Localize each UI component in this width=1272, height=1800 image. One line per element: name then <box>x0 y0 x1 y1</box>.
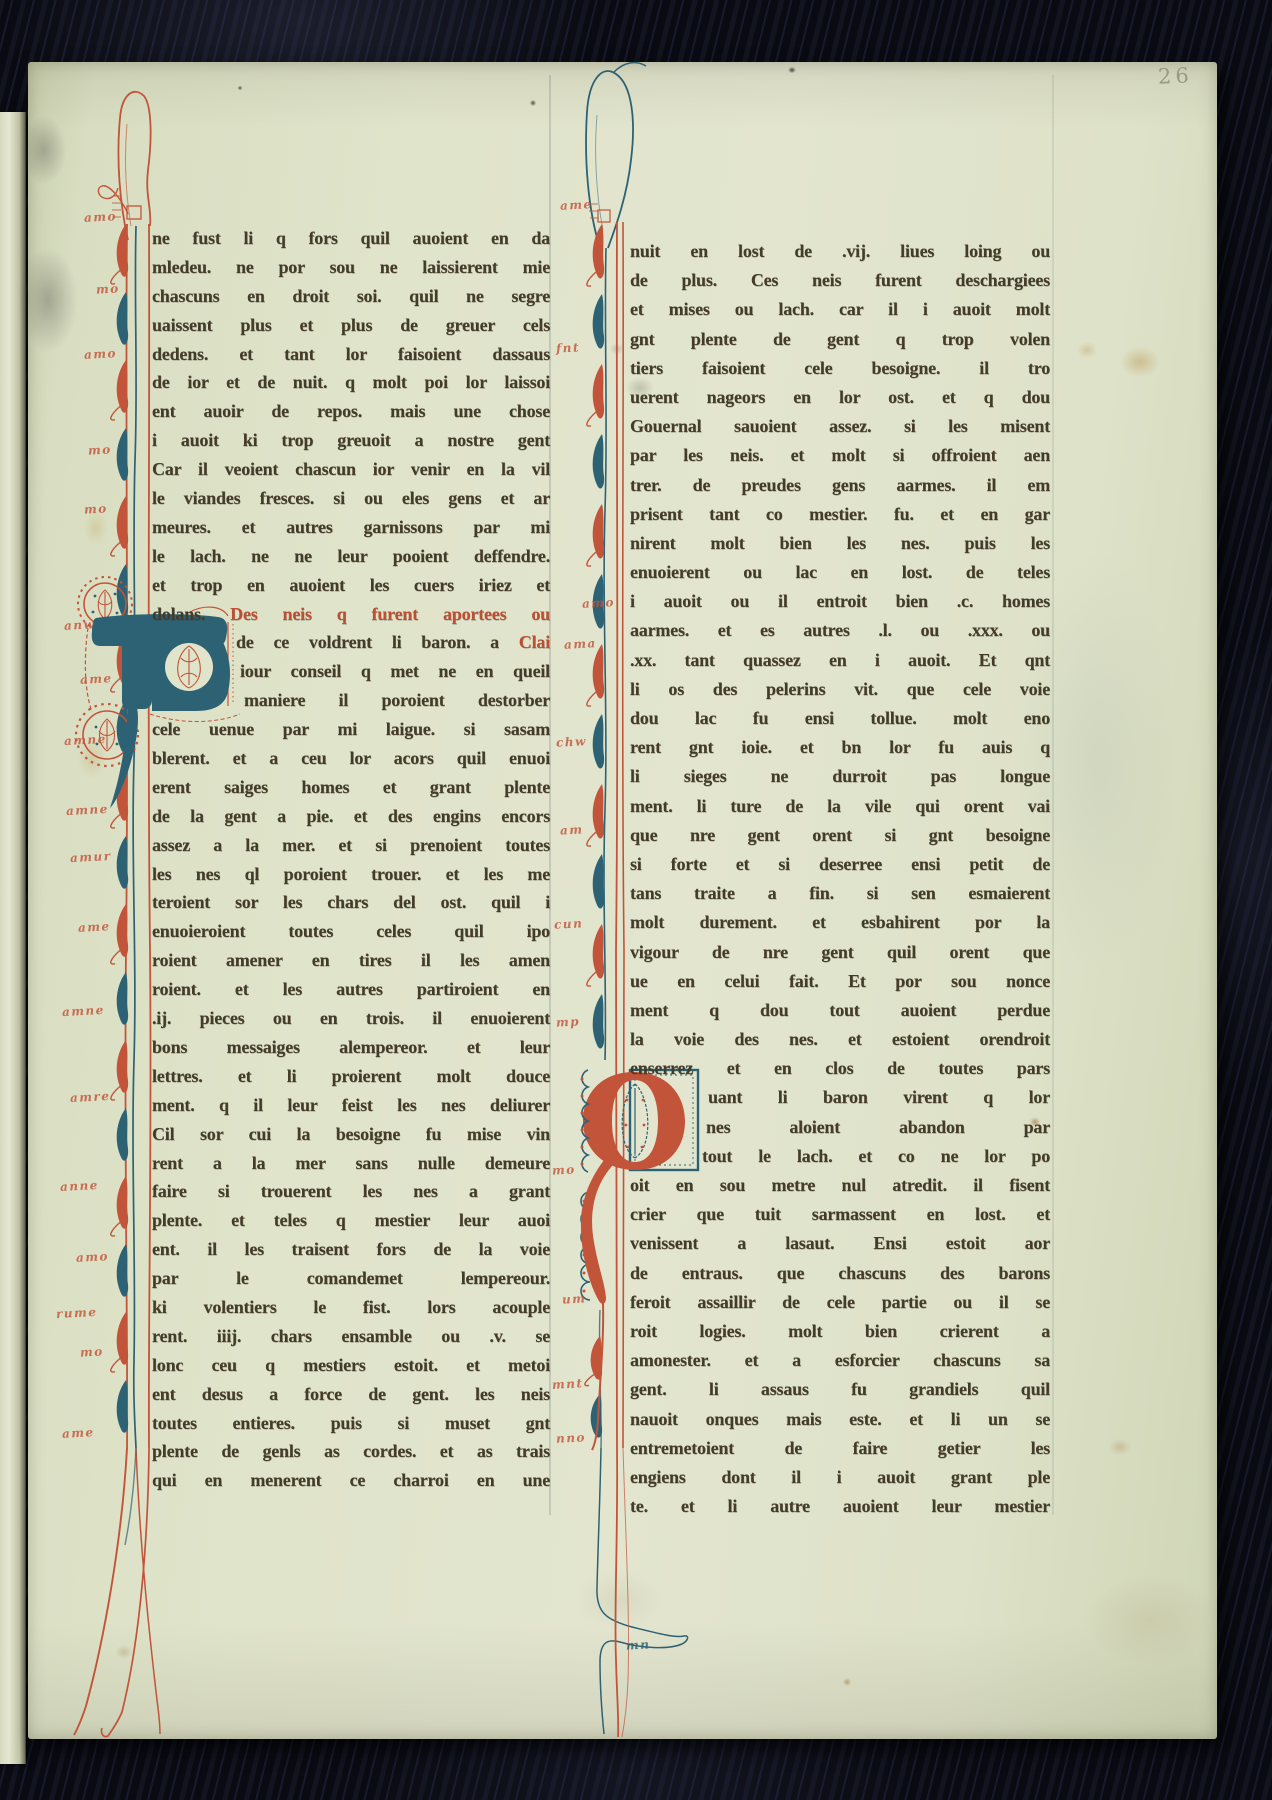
ruling-flame <box>593 784 604 839</box>
body-text: ment q dou tout auoient perdue <box>630 1000 1050 1020</box>
body-text: dou lac fu ensi tollue. molt eno <box>630 708 1050 728</box>
text-line: de entraus. que chascuns des barons <box>630 1259 1050 1288</box>
text-line: nes aloient abandon par <box>630 1113 1050 1142</box>
body-text: iour conseil q met ne en queil <box>240 661 550 681</box>
ruling-flame <box>117 1176 128 1229</box>
body-text: li sieges ne durroit pas longue <box>630 766 1050 786</box>
body-text: lonc ceu q mestiers estoit. et metoi <box>152 1355 550 1375</box>
marginal-scribble: mo <box>80 1344 104 1359</box>
flame-hook <box>587 412 596 426</box>
text-line: rent. iiij. chars ensamble ou .v. se <box>152 1322 550 1351</box>
text-line: .xx. tant quassez en i auoit. Et qnt <box>630 646 1050 675</box>
marginal-scribble: fnt <box>556 340 581 355</box>
body-text: vigour de nre gent quil orent que <box>630 942 1050 962</box>
text-line: prisent tant co mestier. fu. et en gar <box>630 500 1050 529</box>
text-line: ent. il les traisent fors de la voie <box>152 1235 550 1264</box>
text-line: bons messaiges alempereor. et leur <box>152 1033 550 1062</box>
marginal-scribble: ame <box>62 1425 95 1441</box>
body-text: ent desus a force de gent. les neis <box>152 1384 550 1404</box>
column-boundary-rule-right <box>1052 75 1054 1515</box>
body-text: ment. li ture de la vile qui orent vai <box>630 796 1050 816</box>
flame-hook <box>111 1086 120 1100</box>
marginal-scribble: amne <box>62 1003 106 1019</box>
ruling-flame <box>117 292 128 345</box>
text-line: enuoieroient toutes celes quil ipo <box>152 917 550 946</box>
ruling-flame <box>593 854 604 909</box>
text-line: engiens dont il i auoit grant ple <box>630 1463 1050 1492</box>
text-line: enuoierent ou lac en lost. de teles <box>630 558 1050 587</box>
body-text: enuoierent ou lac en lost. de teles <box>630 562 1050 582</box>
text-line: rent gnt ioie. et bn lor fu auis q <box>630 733 1050 762</box>
body-text: qui en menerent ce charroi en une <box>152 1470 550 1490</box>
marginal-scribble: ame <box>80 671 113 687</box>
text-line: amonester. et a esforcier chascuns sa <box>630 1346 1050 1375</box>
text-line: gnt plente de gent q trop volen <box>630 325 1050 354</box>
ruling-flame <box>117 428 128 481</box>
text-line: ne fust li q fors quil auoient en da <box>152 224 550 253</box>
body-text: gnt plente de gent q trop volen <box>630 329 1050 349</box>
text-line: plente de genls as cordes. et as trais <box>152 1437 550 1466</box>
ruling-flame <box>117 972 128 1025</box>
body-text: molt durement. et esbahirent por la <box>630 912 1050 932</box>
body-text: enuoieroient toutes celes quil ipo <box>152 921 550 941</box>
text-line: blerent. et a ceu lor acors quil enuoi <box>152 744 550 773</box>
text-column-right: nuit en lost de .vij. liues loing ou de … <box>630 237 1050 1521</box>
body-text: trer. de preudes gens aarmes. il em <box>630 475 1050 495</box>
text-line: feroit assaillir de cele partie ou il se <box>630 1288 1050 1317</box>
text-line: maniere il poroient destorber <box>152 686 550 715</box>
marginal-scribble: amo <box>84 346 118 362</box>
text-line: nuit en lost de .vij. liues loing ou <box>630 237 1050 266</box>
body-text: par le comandemet lempereour. <box>152 1268 550 1288</box>
rubric-text: Clai <box>519 632 550 652</box>
text-line: ment q dou tout auoient perdue <box>630 996 1050 1025</box>
under-page-edge <box>0 112 26 1764</box>
text-line: faire si trouerent les nes a grant <box>152 1177 550 1206</box>
marginal-scribble: chw <box>556 734 588 750</box>
body-text: ment. q il leur feist les nes deliurer <box>152 1095 550 1115</box>
ruling-flame <box>593 434 604 489</box>
text-line: Cil sor cui la besoigne fu mise vin <box>152 1120 550 1149</box>
body-text: ue en celui fait. Et por sou nonce <box>630 971 1050 991</box>
text-line: dou lac fu ensi tollue. molt eno <box>630 704 1050 733</box>
body-text: te. et li autre auoient leur mestier <box>630 1496 1050 1516</box>
flame-hook <box>111 406 120 420</box>
body-text: rent a la mer sans nulle demeure <box>152 1153 550 1173</box>
body-text: roient. et les autres partiroient en <box>152 979 550 999</box>
ruling-flame <box>117 496 128 549</box>
body-text: nuit en lost de .vij. liues loing ou <box>630 241 1050 261</box>
ruling-flame <box>117 1244 128 1297</box>
body-text: enserrez et en clos de toutes pars <box>630 1058 1050 1078</box>
text-line: ment. li ture de la vile qui orent vai <box>630 792 1050 821</box>
marginal-scribble: mn <box>626 1637 651 1652</box>
marginal-scribble: mo <box>84 501 108 516</box>
ruling-flame <box>593 714 604 769</box>
text-line: et mises ou lach. car il i auoit molt <box>630 295 1050 324</box>
body-text: nes aloient abandon par <box>706 1117 1050 1137</box>
text-line: lettres. et li proierent molt douce <box>152 1062 550 1091</box>
text-line: uaissent plus et plus de greuer cels <box>152 311 550 340</box>
ruling-flame <box>593 364 604 419</box>
marginal-scribble: mp <box>556 1014 581 1029</box>
text-line: Car il veoient chascun ior venir en la v… <box>152 455 550 484</box>
text-line: venissent a lasaut. Ensi estoit aor <box>630 1229 1050 1258</box>
text-line: dedens. et tant lor faisoient dassaus <box>152 340 550 369</box>
body-text: par les neis. et molt si offroient aen <box>630 445 1050 465</box>
body-text: crier que tuit sarmassent en lost. et <box>630 1204 1050 1224</box>
text-line: enserrez et en clos de toutes pars <box>630 1054 1050 1083</box>
body-text: maniere il poroient destorber <box>244 690 550 710</box>
text-line: erent saiges homes et grant plente <box>152 773 550 802</box>
body-text: gent. li assaus fu grandiels quil <box>630 1379 1050 1399</box>
text-line: li sieges ne durroit pas longue <box>630 762 1050 791</box>
text-line: le viandes fresces. si ou eles gens et a… <box>152 484 550 513</box>
text-line: plente. et teles q mestier leur auoi <box>152 1206 550 1235</box>
text-line: nauoit onques mais este. et li un se <box>630 1405 1050 1434</box>
text-line: assez a la mer. et si prenoient toutes <box>152 831 550 860</box>
text-line: par les neis. et molt si offroient aen <box>630 441 1050 470</box>
ruling-flame <box>117 1108 128 1161</box>
text-line: la voie des nes. et estoient orendroit <box>630 1025 1050 1054</box>
text-line: lonc ceu q mestiers estoit. et metoi <box>152 1351 550 1380</box>
body-text: de ior et de nuit. q molt poi lor laisso… <box>152 372 550 392</box>
body-text: bons messaiges alempereor. et leur <box>152 1037 550 1057</box>
body-text: nauoit onques mais este. et li un se <box>630 1409 1050 1429</box>
body-text: blerent. et a ceu lor acors quil enuoi <box>152 748 550 768</box>
ruling-flame <box>117 360 128 413</box>
body-text: le viandes fresces. si ou eles gens et a… <box>152 488 550 508</box>
body-text: i auoit ou il entroit bien .c. homes <box>630 591 1050 611</box>
flame-hook <box>111 1222 120 1236</box>
flame-hook <box>587 272 596 286</box>
text-line: roit logies. molt bien crierent a <box>630 1317 1050 1346</box>
marginal-scribble: amur <box>70 849 112 865</box>
body-text: dedens. et tant lor faisoient dassaus <box>152 344 550 364</box>
text-line: roient amener en tires il les amen <box>152 946 550 975</box>
body-text: assez a la mer. et si prenoient toutes <box>152 835 550 855</box>
marginal-scribble: anne <box>60 1178 100 1194</box>
marginal-scribble: ame <box>78 919 111 935</box>
ruling-flame <box>593 224 604 279</box>
marginal-scribble: amo <box>76 1249 110 1265</box>
body-text: si forte et si deserree ensi petit de <box>630 854 1050 874</box>
text-line: mledeu. ne por sou ne laissierent mie <box>152 253 550 282</box>
body-text: de la gent a pie. et des engins encors <box>152 806 550 826</box>
body-text: aarmes. et es autres .l. ou .xxx. ou <box>630 620 1050 640</box>
marginal-scribble: ama <box>564 636 597 652</box>
text-line: rent a la mer sans nulle demeure <box>152 1149 550 1178</box>
flame-hook <box>587 552 596 566</box>
ruling-flame <box>117 1380 128 1433</box>
flame-hook <box>111 950 120 964</box>
marginal-scribble: amre <box>70 1089 111 1105</box>
marginal-scribble: mo <box>552 1162 576 1177</box>
text-line: aarmes. et es autres .l. ou .xxx. ou <box>630 616 1050 645</box>
body-text: feroit assaillir de cele partie ou il se <box>630 1292 1050 1312</box>
body-text: prisent tant co mestier. fu. et en gar <box>630 504 1050 524</box>
text-line: entremetoient de faire getier les <box>630 1434 1050 1463</box>
text-line: de ce voldrent li baron. a Clai <box>152 628 550 657</box>
text-line: ment. q il leur feist les nes deliurer <box>152 1091 550 1120</box>
body-text: de plus. Ces neis furent deschargiees <box>630 270 1050 290</box>
ruling-flame <box>117 1040 128 1093</box>
text-line: toutes entieres. puis si muset gnt <box>152 1409 550 1438</box>
body-text: plente. et teles q mestier leur auoi <box>152 1210 550 1230</box>
body-text: uant li baron virent q lor <box>708 1087 1050 1107</box>
body-text: de ce voldrent li baron. a <box>236 632 519 652</box>
body-text: ki volentiers le fist. lors acouple <box>152 1297 550 1317</box>
body-text: les nes ql poroient trouer. et les me <box>152 864 550 884</box>
body-text: Cil sor cui la besoigne fu mise vin <box>152 1124 550 1144</box>
body-text: rent gnt ioie. et bn lor fu auis q <box>630 737 1050 757</box>
marginal-scribble: anw <box>64 617 96 633</box>
text-line: i auoit ki trop greuoit a nostre gent <box>152 426 550 455</box>
body-text: rent. iiij. chars ensamble ou .v. se <box>152 1326 550 1346</box>
body-text: .ij. pieces ou en trois. il enuoierent <box>152 1008 550 1028</box>
body-text: uerent nageors en lor ost. et q dou <box>630 387 1050 407</box>
text-line: crier que tuit sarmassent en lost. et <box>630 1200 1050 1229</box>
ruling-flame <box>593 994 604 1049</box>
body-text: ent auoir de repos. mais une chose <box>152 401 550 421</box>
bottom-splay-flourish <box>74 1448 127 1735</box>
body-text: engiens dont il i auoit grant ple <box>630 1467 1050 1487</box>
marginal-scribble: cun <box>554 916 584 932</box>
text-line: que nre gent orent si gnt besoigne <box>630 821 1050 850</box>
body-text: Gouernal sauoient assez. si les misent <box>630 416 1050 436</box>
text-column-left: ne fust li q fors quil auoient en da mle… <box>152 224 550 1495</box>
body-text: amonester. et a esforcier chascuns sa <box>630 1350 1050 1370</box>
body-text: dolans. <box>152 604 230 624</box>
body-text: mledeu. ne por sou ne laissierent mie <box>152 257 550 277</box>
text-line: de ior et de nuit. q molt poi lor laisso… <box>152 368 550 397</box>
text-line: .ij. pieces ou en trois. il enuoierent <box>152 1004 550 1033</box>
body-text: que nre gent orent si gnt besoigne <box>630 825 1050 845</box>
body-text: plente de genls as cordes. et as trais <box>152 1441 550 1461</box>
text-line: uant li baron virent q lor <box>630 1083 1050 1112</box>
text-line: ue en celui fait. Et por sou nonce <box>630 967 1050 996</box>
marginal-scribble: amo <box>84 209 118 225</box>
marginal-scribble: nno <box>556 1430 587 1446</box>
text-line: vigour de nre gent quil orent que <box>630 938 1050 967</box>
ruling-flame <box>117 1312 128 1365</box>
text-line: dolans. Des neis q furent aportees ou <box>152 600 550 629</box>
text-line: cele uenue par mi laigue. si sasam <box>152 715 550 744</box>
marginal-scribble: rume <box>56 1305 98 1321</box>
text-line: trer. de preudes gens aarmes. il em <box>630 471 1050 500</box>
marginal-scribble: amne <box>64 732 108 748</box>
body-text: et mises ou lach. car il i auoit molt <box>630 299 1050 319</box>
text-line: molt durement. et esbahirent por la <box>630 908 1050 937</box>
marginal-scribble: amne <box>66 802 110 818</box>
marginal-scribble: ame <box>560 197 593 213</box>
text-line: nirent molt bien les nes. puis les <box>630 529 1050 558</box>
text-line: te. et li autre auoient leur mestier <box>630 1492 1050 1521</box>
body-text: .xx. tant quassez en i auoit. Et qnt <box>630 650 1050 670</box>
text-line: ki volentiers le fist. lors acouple <box>152 1293 550 1322</box>
body-text: nirent molt bien les nes. puis les <box>630 533 1050 553</box>
body-text: toutes entieres. puis si muset gnt <box>152 1413 550 1433</box>
text-line: de la gent a pie. et des engins encors <box>152 802 550 831</box>
text-line: iour conseil q met ne en queil <box>152 657 550 686</box>
folio-number: 26 <box>1158 63 1194 88</box>
flame-hook <box>111 1358 120 1372</box>
manuscript-photo: P <box>0 0 1272 1800</box>
text-line: tiers faisoient cele besoigne. il tro <box>630 354 1050 383</box>
marginal-scribble: amo <box>582 595 616 611</box>
body-text: entremetoient de faire getier les <box>630 1438 1050 1458</box>
body-text: de entraus. que chascuns des barons <box>630 1263 1050 1283</box>
body-text: i auoit ki trop greuoit a nostre gent <box>152 430 550 450</box>
text-line: et trop en auoient les cuers iriez et <box>152 571 550 600</box>
body-text: tiers faisoient cele besoigne. il tro <box>630 358 1050 378</box>
text-line: Gouernal sauoient assez. si les misent <box>630 412 1050 441</box>
flame-hook <box>587 692 596 706</box>
text-line: qui en menerent ce charroi en une <box>152 1466 550 1495</box>
body-text: ent. il les traisent fors de la voie <box>152 1239 550 1259</box>
text-line: ent auoir de repos. mais une chose <box>152 397 550 426</box>
body-text: Car il veoient chascun ior venir en la v… <box>152 459 550 479</box>
ruling-flame <box>593 504 604 559</box>
text-line: li os des pelerins vit. que cele voie <box>630 675 1050 704</box>
body-text: lettres. et li proierent molt douce <box>152 1066 550 1086</box>
body-text: teroient sor les chars del ost. quil i <box>152 892 550 912</box>
text-line: gent. li assaus fu grandiels quil <box>630 1375 1050 1404</box>
ruling-flame <box>593 294 604 349</box>
ruling-flame <box>117 904 128 957</box>
body-text: roit logies. molt bien crierent a <box>630 1321 1050 1341</box>
body-text: li os des pelerins vit. que cele voie <box>630 679 1050 699</box>
text-line: i auoit ou il entroit bien .c. homes <box>630 587 1050 616</box>
text-line: tout le lach. et co ne lor po <box>630 1142 1050 1171</box>
text-line: teroient sor les chars del ost. quil i <box>152 888 550 917</box>
body-text: roient amener en tires il les amen <box>152 950 550 970</box>
flame-hook <box>587 832 596 846</box>
ruling-flame <box>593 924 604 979</box>
body-text: la voie des nes. et estoient orendroit <box>630 1029 1050 1049</box>
marginal-scribble: um <box>562 1291 587 1306</box>
marginal-scribble: mo <box>88 442 112 457</box>
text-line: uerent nageors en lor ost. et q dou <box>630 383 1050 412</box>
body-text: venissent a lasaut. Ensi estoit aor <box>630 1233 1050 1253</box>
text-line: de plus. Ces neis furent deschargiees <box>630 266 1050 295</box>
body-text: tans traite a fin. si sen esmaierent <box>630 883 1050 903</box>
text-line: chascuns en droit soi. quil ne segre <box>152 282 550 311</box>
marginal-scribble: mnt <box>552 1376 584 1392</box>
ruling-flame <box>117 224 128 277</box>
rubric-text: Des neis q furent aportees ou <box>230 604 550 624</box>
marginal-scribble: mo <box>96 281 120 296</box>
body-text: oit en sou metre nul atredit. il fisent <box>630 1175 1050 1195</box>
body-text: le lach. ne ne leur pooient deffendre. <box>152 546 550 566</box>
text-line: ent desus a force de gent. les neis <box>152 1380 550 1409</box>
text-line: par le comandemet lempereour. <box>152 1264 550 1293</box>
flame-hook <box>587 972 596 986</box>
body-text: et trop en auoient les cuers iriez et <box>152 575 550 595</box>
body-text: chascuns en droit soi. quil ne segre <box>152 286 550 306</box>
text-line: roient. et les autres partiroient en <box>152 975 550 1004</box>
text-line: si forte et si deserree ensi petit de <box>630 850 1050 879</box>
body-text: ne fust li q fors quil auoient en da <box>152 228 550 248</box>
text-line: tans traite a fin. si sen esmaierent <box>630 879 1050 908</box>
teardrop-flourish <box>118 92 150 240</box>
body-text: faire si trouerent les nes a grant <box>152 1181 550 1201</box>
ruling-flame <box>593 644 604 699</box>
marginal-scribble: am <box>560 822 584 837</box>
body-text: meures. et autres garnissons par mi <box>152 517 550 537</box>
text-line: meures. et autres garnissons par mi <box>152 513 550 542</box>
body-text: tout le lach. et co ne lor po <box>702 1146 1050 1166</box>
text-line: les nes ql poroient trouer. et les me <box>152 860 550 889</box>
text-line: le lach. ne ne leur pooient deffendre. <box>152 542 550 571</box>
body-text: cele uenue par mi laigue. si sasam <box>152 719 550 739</box>
text-line: oit en sou metre nul atredit. il fisent <box>630 1171 1050 1200</box>
body-text: uaissent plus et plus de greuer cels <box>152 315 550 335</box>
body-text: erent saiges homes et grant plente <box>152 777 550 797</box>
